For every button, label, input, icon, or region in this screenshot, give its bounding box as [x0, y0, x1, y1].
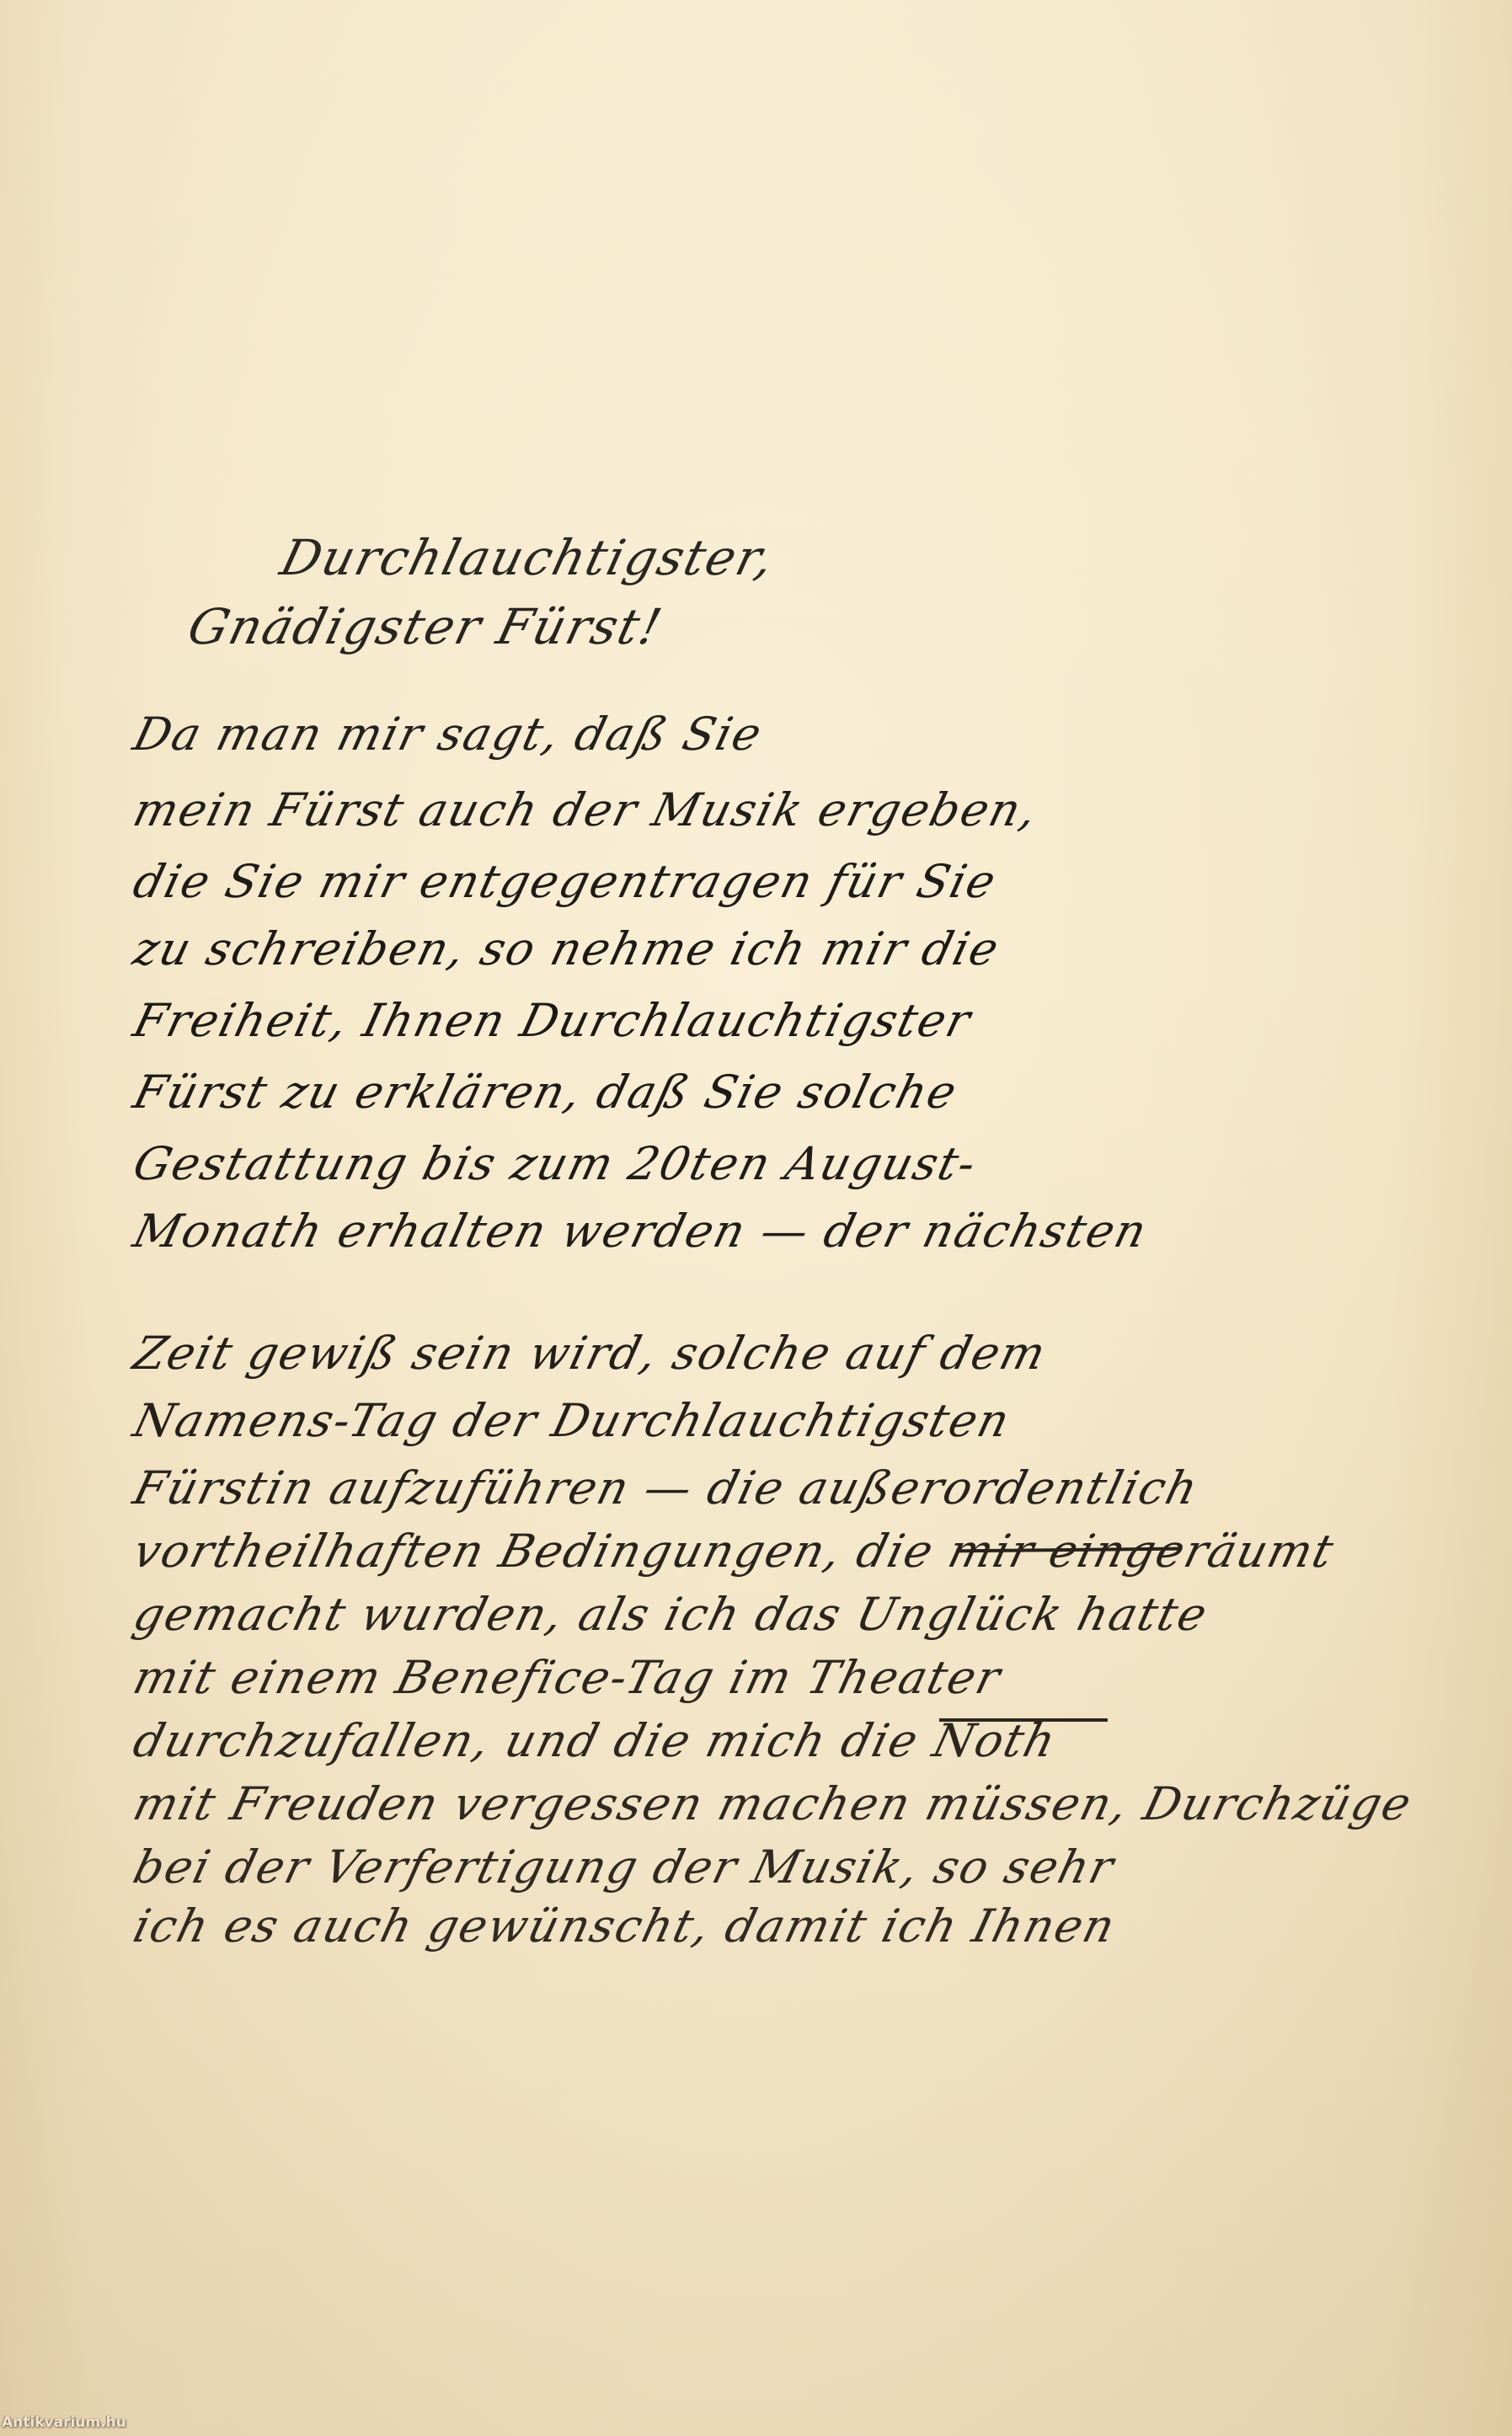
body-line: Fürstin aufzuführen — die außerordentlic… [128, 1461, 1205, 1514]
body-line: Zeit gewiß sein wird, solche auf dem [128, 1327, 1052, 1380]
body-line: Da man mir sagt, daß Sie [128, 708, 768, 761]
body-line: mit Freuden vergessen machen müssen, Dur… [128, 1777, 1418, 1830]
salutation-line-1: Durchlauchtigster, [275, 529, 782, 586]
body-line: ich es auch gewünscht, damit ich Ihnen [128, 1899, 1121, 1953]
body-line: mein Fürst auch der Musik ergeben, [128, 783, 1044, 836]
body-line: Gestattung bis zum 20ten August- [128, 1137, 983, 1190]
body-line: mit einem Benefice-Tag im Theater [128, 1651, 1007, 1704]
body-line: bei der Verfertigung der Musik, so sehr [128, 1840, 1120, 1894]
body-line: Freiheit, Ihnen Durchlauchtigster [128, 994, 977, 1047]
body-line: gemacht wurden, als ich das Unglück hatt… [128, 1588, 1214, 1641]
body-line: die Sie mir entgegentragen für Sie [128, 855, 1002, 908]
body-line: Monath erhalten werden — der nächsten [128, 1205, 1153, 1258]
watermark: Antikvarium.hu [2, 2414, 126, 2431]
body-line: vortheilhaften Bedingungen, die mir eing… [128, 1525, 1340, 1578]
body-line: zu schreiben, so nehme ich mir die [128, 922, 1005, 975]
body-line: Namens-Tag der Durchlauchtigsten [128, 1394, 1016, 1447]
underline-stroke [939, 1718, 1108, 1722]
body-line: durchzufallen, und die mich die Noth [128, 1714, 1062, 1767]
body-line: Fürst zu erklären, daß Sie solche [128, 1066, 963, 1119]
salutation-line-2: Gnädigster Fürst! [183, 598, 669, 655]
letter-page: Durchlauchtigster, Gnädigster Fürst! Da … [0, 0, 1512, 2436]
